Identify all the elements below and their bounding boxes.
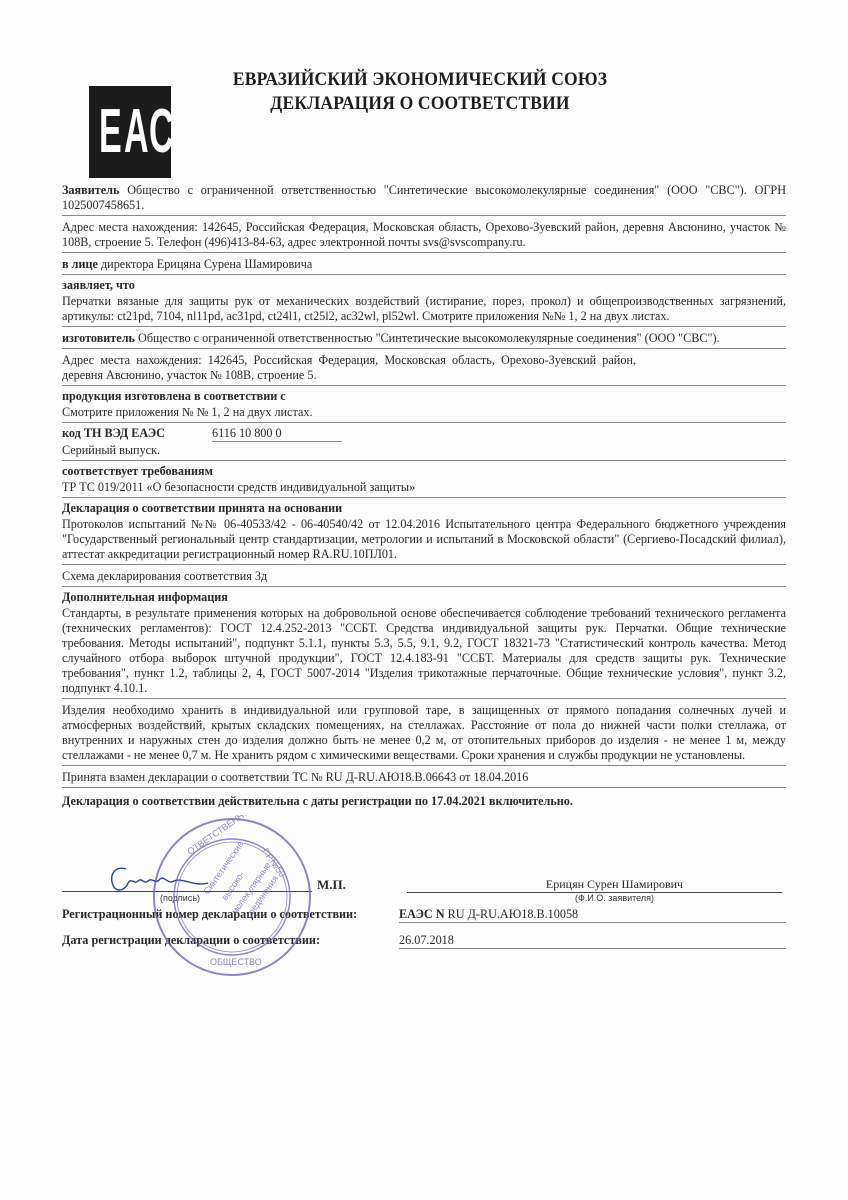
declaration-scheme: Схема декларирования соответствия 3д xyxy=(62,568,786,587)
replaces-text: Принята взамен декларации о соответствии… xyxy=(62,769,786,788)
declares-text: Перчатки вязаные для защиты рук от механ… xyxy=(62,293,786,327)
stamp-mark: М.П. xyxy=(317,877,346,893)
produced-per-text: Смотрите приложения № № 1, 2 на двух лис… xyxy=(62,404,786,423)
declaration-page: Е А С ЕВРАЗИЙСКИЙ ЭКОНОМИЧЕСКИЙ СОЮЗ ДЕК… xyxy=(0,0,848,1200)
signature-line xyxy=(62,891,312,892)
manufacturer-address: Адрес места нахождения: 142645, Российск… xyxy=(62,352,786,386)
applicant-label: Заявитель xyxy=(62,183,119,197)
svg-text:ОТВЕТСТВЕННОСТЬЮ: ОТВЕТСТВЕННОСТЬЮ xyxy=(185,815,273,857)
produced-per-label: продукция изготовлена в соответствии с xyxy=(62,389,786,404)
registration-number-label: Регистрационный номер декларации о соотв… xyxy=(62,907,357,922)
storage-text: Изделия необходимо хранить в индивидуаль… xyxy=(62,702,786,766)
registration-number-value: ЕАЭС N RU Д-RU.АЮ18.В.10058 xyxy=(399,907,786,923)
tn-ved-value: 6116 10 800 0 xyxy=(212,426,342,442)
registration-number-prefix: ЕАЭС N xyxy=(399,907,445,921)
basis-label: Декларация о соответствии принята на осн… xyxy=(62,501,786,516)
union-title: ЕВРАЗИЙСКИЙ ЭКОНОМИЧЕСКИЙ СОЮЗ xyxy=(208,68,631,92)
document-header: ЕВРАЗИЙСКИЙ ЭКОНОМИЧЕСКИЙ СОЮЗ ДЕКЛАРАЦИ… xyxy=(190,68,650,116)
registration-number: RU Д-RU.АЮ18.В.10058 xyxy=(448,907,579,921)
applicant-block: Заявитель Общество с ограниченной ответс… xyxy=(62,182,786,216)
eac-logo: Е А С xyxy=(89,86,171,178)
registration-date-value: 26.07.2018 xyxy=(399,933,786,949)
validity-statement: Декларация о соответствии действительна … xyxy=(62,794,786,809)
represented-block: в лице директора Ерицяна Сурена Шамирови… xyxy=(62,256,786,275)
document-title: ДЕКЛАРАЦИЯ О СООТВЕТСТВИИ xyxy=(208,92,631,116)
applicant-name: Ерицян Сурен Шамирович xyxy=(407,877,782,893)
applicant-text: Общество с ограниченной ответственностью… xyxy=(62,183,786,212)
registration-date-label: Дата регистрации декларации о соответств… xyxy=(62,933,320,948)
declares-label: заявляет, что xyxy=(62,278,786,293)
basis-text: Протоколов испытаний №№ 06-40533/42 - 06… xyxy=(62,516,786,565)
tn-ved-row: код ТН ВЭД ЕАЭС 6116 10 800 0 xyxy=(62,426,786,442)
svg-text:ОБЩЕСТВО: ОБЩЕСТВО xyxy=(210,957,262,967)
eac-letter-e: Е xyxy=(99,95,111,169)
complies-text: ТР ТС 019/2011 «О безопасности средств и… xyxy=(62,479,786,498)
manufacturer-label: изготовитель xyxy=(62,331,135,345)
standards-text: Стандарты, в результате применения котор… xyxy=(62,605,786,699)
eac-letter-a: А xyxy=(124,95,136,169)
manufacturer-text: Общество с ограниченной ответственностью… xyxy=(138,331,720,345)
complies-label: соответствует требованиям xyxy=(62,464,786,479)
signature-caption: (подпись) xyxy=(160,893,200,903)
additional-info-label: Дополнительная информация xyxy=(62,590,786,605)
applicant-address: Адрес места нахождения: 142645, Российск… xyxy=(62,219,786,253)
release-type: Серийный выпуск. xyxy=(62,442,786,461)
represented-label: в лице xyxy=(62,257,98,271)
represented-text: директора Ерицяна Сурена Шамировича xyxy=(101,257,312,271)
document-body: Заявитель Общество с ограниченной ответс… xyxy=(62,182,786,809)
eac-letter-c: С xyxy=(149,95,161,169)
manufacturer-block: изготовитель Общество с ограниченной отв… xyxy=(62,330,786,349)
tn-ved-label: код ТН ВЭД ЕАЭС xyxy=(62,426,212,442)
applicant-name-caption: (Ф.И.О. заявителя) xyxy=(407,893,782,903)
